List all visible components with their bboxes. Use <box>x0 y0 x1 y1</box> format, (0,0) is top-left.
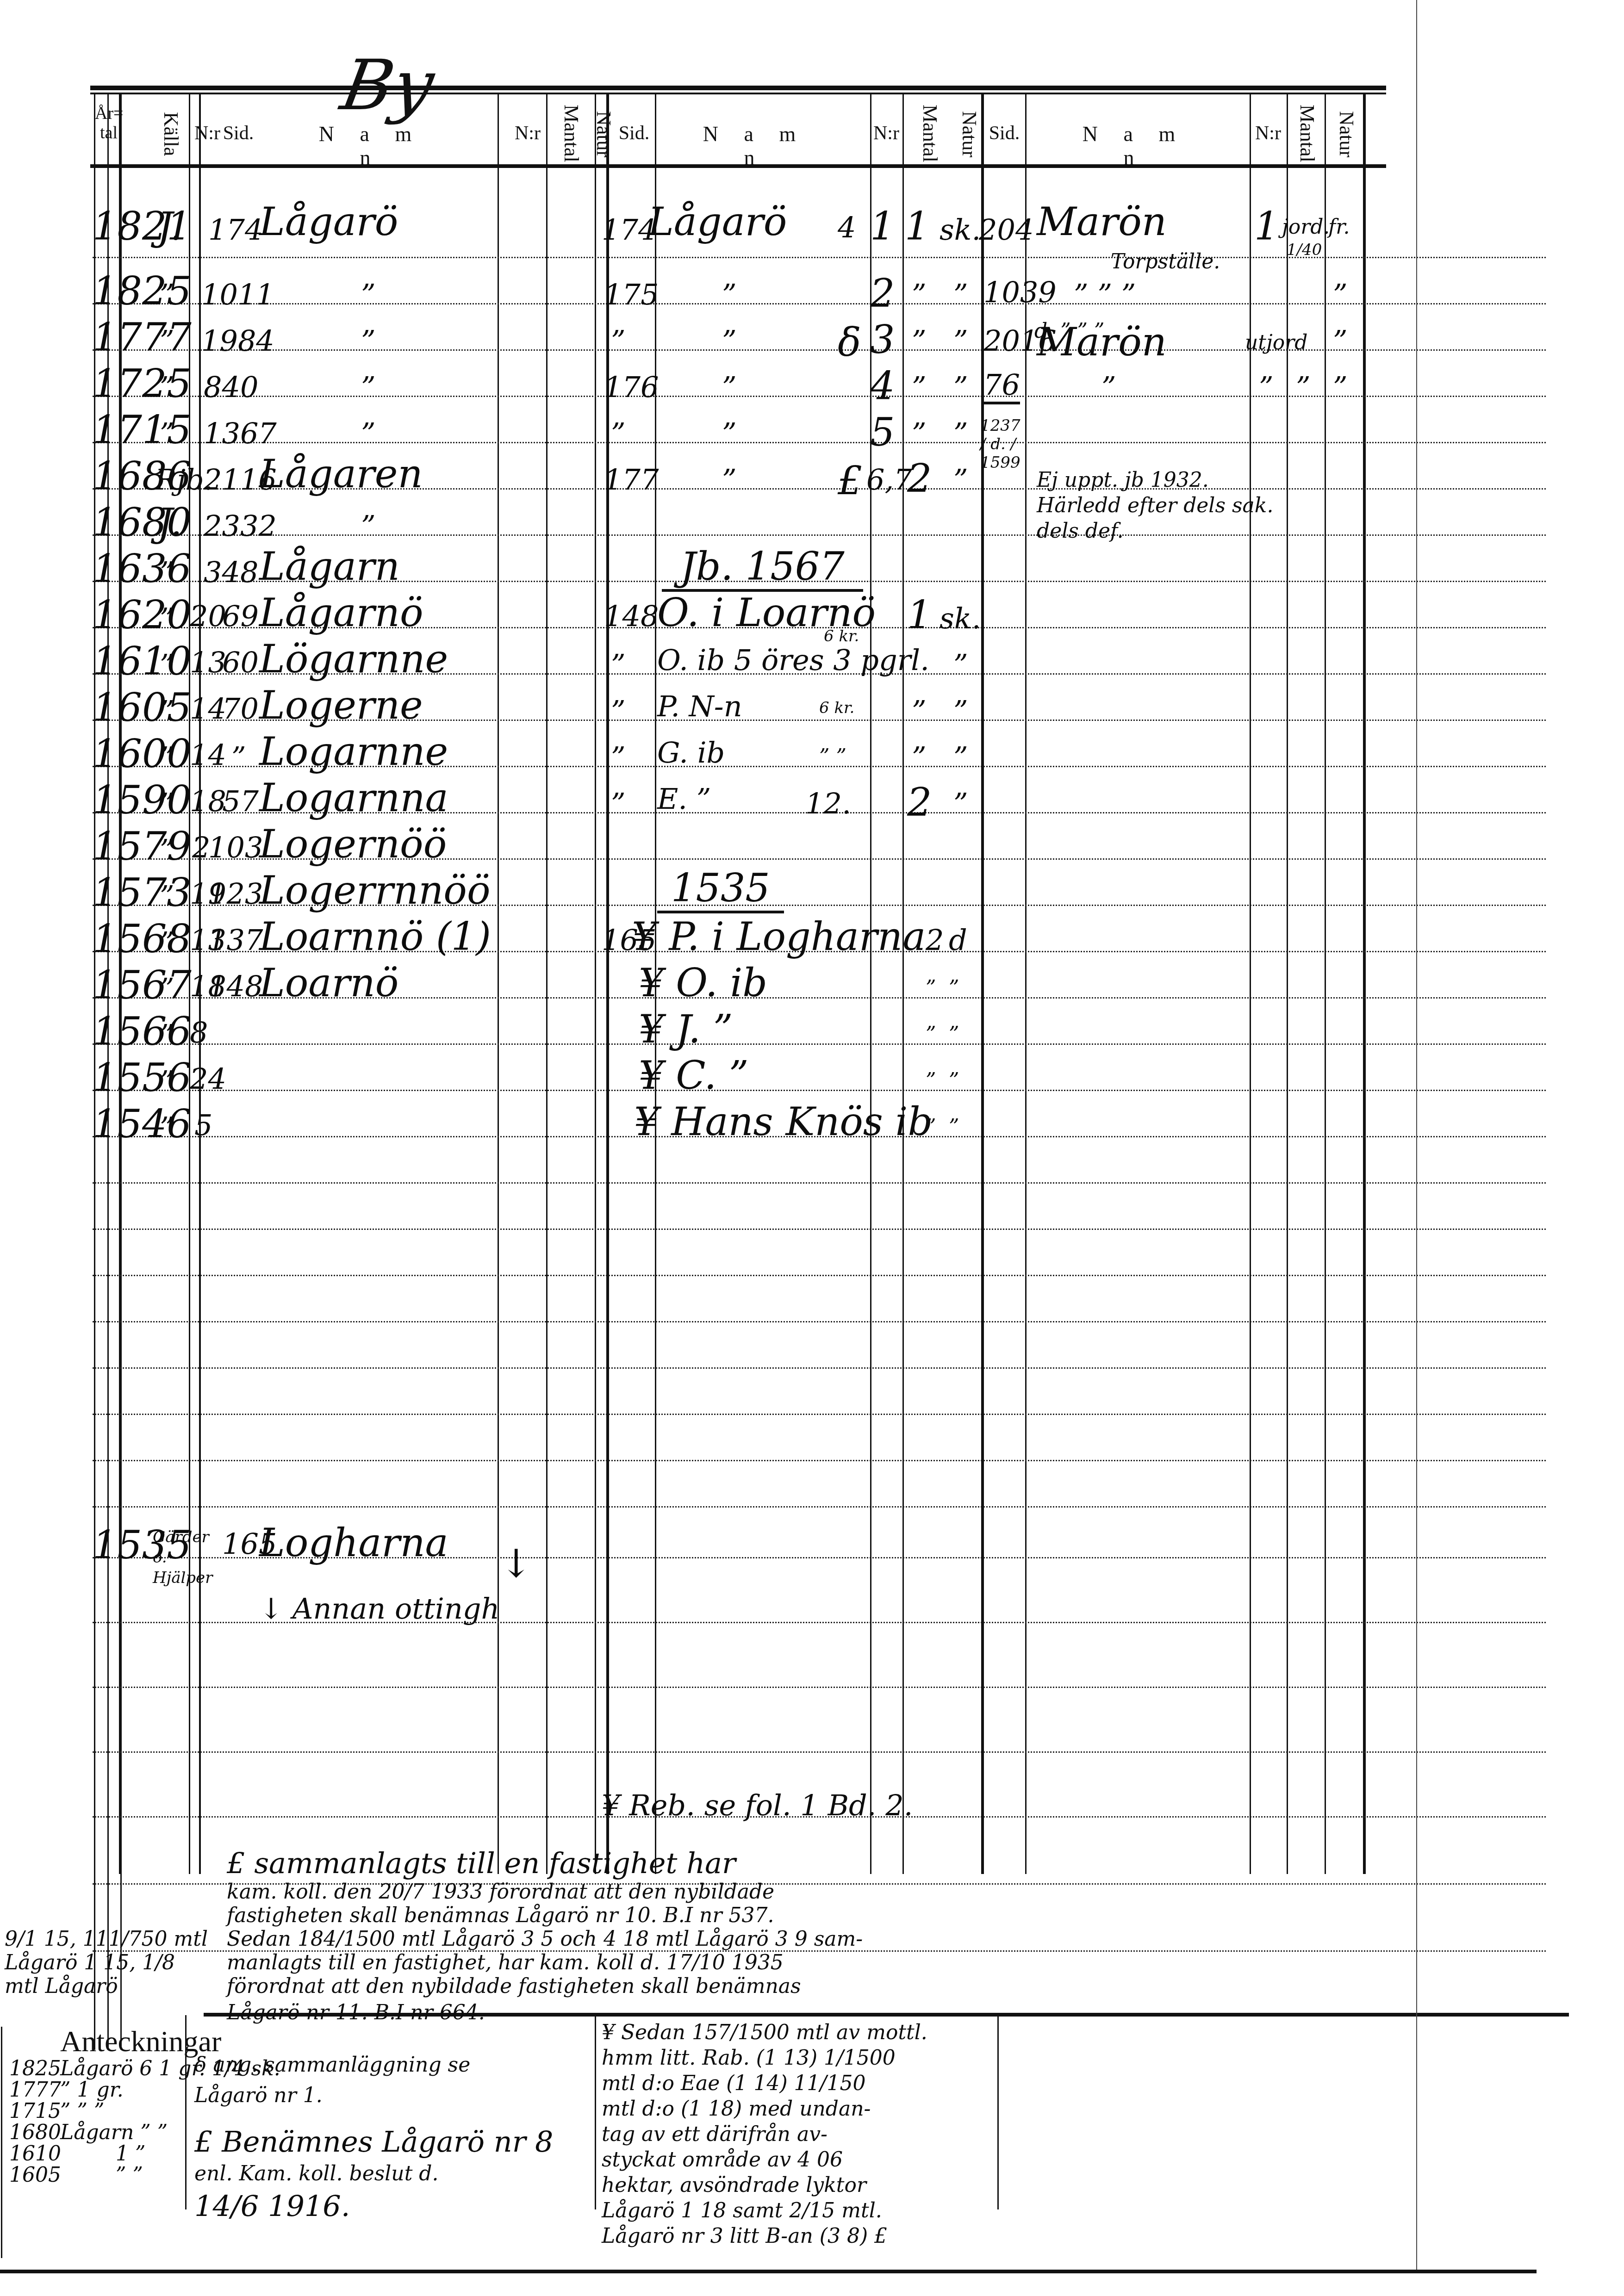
row-sid: 1984 <box>201 324 274 358</box>
row-sid2: ” <box>611 787 626 820</box>
row-line <box>93 442 1546 443</box>
header-natur-2: Natur <box>958 104 980 164</box>
row-name: ” <box>361 509 376 543</box>
row-mark2: ” ” <box>819 745 846 769</box>
row-source: ” <box>160 416 174 450</box>
notes-right-line: mtl d:o Eae (1 14) 11/150 <box>602 2071 1000 2096</box>
row-source: ” <box>160 370 174 404</box>
footnote-line: förordnat att den nybildade fastigheten … <box>227 1974 1014 1998</box>
row-line <box>93 1043 1546 1045</box>
col3-note: Ej uppt. jb 1932. Härledd efter dels sak… <box>1037 467 1277 544</box>
col3-sub-mantal: 1/40 <box>1287 241 1322 259</box>
row-mantal2: ” <box>926 976 936 1000</box>
row-name: ” <box>361 370 376 404</box>
col-divider <box>1363 93 1366 1874</box>
col-divider <box>1250 93 1251 1874</box>
notes-right-line: ¥ Sedan 157/1500 mtl av mottl. <box>602 2020 1000 2045</box>
col-divider <box>1025 93 1027 1874</box>
row-year: 1605 <box>93 685 192 730</box>
row-year: 1579 <box>93 824 192 869</box>
row-nr2: 3 <box>870 317 895 362</box>
header-mantal-3: Mantal <box>1296 101 1318 166</box>
row-name: Lågarn <box>259 544 400 589</box>
row-mantal2: ” <box>912 694 927 728</box>
row-mantal2: ” <box>926 1115 936 1139</box>
row-sid: 57 <box>222 784 259 818</box>
row-mantal2: ” <box>912 324 927 358</box>
row-mantal2: 2 <box>907 780 932 825</box>
row-mantal2: ” <box>912 370 927 404</box>
left-margin-note: 9/1 15, 111/750 mtl Lågarö 1 15, 1/8 mtl… <box>5 1927 227 1998</box>
col-divider <box>595 93 596 1874</box>
row-year: 1610 <box>93 639 192 684</box>
row-name2: ” <box>722 370 737 404</box>
row-name: Loarnnö (1) <box>259 914 491 959</box>
row-nr3: ” <box>1259 370 1274 404</box>
margin-line: 9/1 15, 111/750 mtl <box>5 1927 227 1951</box>
row-line <box>93 534 1546 536</box>
row-sid: ” <box>231 740 246 774</box>
notes-entry: 1777 ” 1 gr. <box>9 2078 185 2099</box>
row-name2: O. ib 5 öres 3 pgrl. <box>657 643 929 677</box>
row-mantal2: ” <box>912 278 927 311</box>
header-sid-1: Sid. <box>218 123 259 144</box>
row-natur2: ” <box>953 324 968 358</box>
notes-right-line: hmm litt. Rab. (1 13) 1/1500 <box>602 2045 1000 2071</box>
row-name2: ¥ Hans Knös ib <box>634 1099 933 1144</box>
col3-sub-note: Torpställe. <box>1111 250 1220 273</box>
row-natur3: fr. <box>1328 215 1350 239</box>
row-name2: ¥ P. i Logharna <box>632 914 926 959</box>
notes-entry-text: Lågarn ” ” <box>60 2121 168 2144</box>
row-source: ” <box>160 555 174 589</box>
row-nr: 18 <box>190 784 226 818</box>
col-divider <box>1325 93 1326 1874</box>
row-natur2: ” <box>953 416 968 450</box>
row-nr3: 1 <box>1254 204 1279 249</box>
col-divider <box>981 93 984 1874</box>
row-name3: ” <box>1101 370 1116 404</box>
notes-entry-year: 1605 <box>9 2163 61 2187</box>
notes-right-line: hektar, avsöndrade lyktor <box>602 2172 1000 2198</box>
row-name2: ” <box>722 278 737 311</box>
row-year: 1568 <box>93 916 192 962</box>
notes-entry: 1825 Lågarö 6 1 gr. 1/4 sk. <box>9 2057 185 2078</box>
notes-right-line: Lågarö 1 18 samt 2/15 mtl. <box>602 2198 1000 2223</box>
row-1535-arrow: ↓ <box>500 1541 532 1586</box>
row-name3: ” ” ” <box>1074 278 1136 311</box>
notes-entry-year: 1777 <box>9 2078 61 2102</box>
header-sid-3: Sid. <box>983 123 1025 144</box>
row-name: Lågaren <box>259 451 423 496</box>
row-nr2: 2 <box>870 271 895 316</box>
row-nr2: 5 <box>870 410 895 455</box>
notes-entry-text: ” ” ” <box>60 2099 104 2123</box>
row-year: 1600 <box>93 731 192 776</box>
row-year: 1725 <box>93 361 192 406</box>
page-left-edge <box>1 2027 2 2258</box>
row-mark2: 6 kr. <box>824 627 859 645</box>
page-right-edge <box>1416 0 1417 2270</box>
row-line <box>93 257 1546 258</box>
row-mantal2: ” <box>926 1069 936 1092</box>
header-year: År= tal <box>95 104 123 143</box>
row-name: Lögarnne <box>259 636 448 682</box>
row-sid: 70 <box>222 692 259 726</box>
row-source: ” <box>160 925 174 959</box>
row-nr2: 4 <box>870 363 895 409</box>
row-line <box>93 1229 1546 1230</box>
row-name2: ¥ C. ” <box>639 1053 749 1098</box>
row-name: Loarnö <box>259 960 398 1005</box>
row-name: ” <box>361 324 376 358</box>
header-nr-2: N:r <box>514 123 541 144</box>
row-mantal3: ” <box>1296 370 1311 404</box>
header-nr-1: N:r <box>193 123 221 144</box>
row-sid: 148 <box>208 969 263 1003</box>
row-line <box>93 1460 1546 1461</box>
row-source: ” <box>160 1111 174 1144</box>
row-sid3: 1039 <box>983 275 1057 309</box>
row-source: Gärder o. Hjälper <box>153 1527 222 1589</box>
row-natur2: ” <box>953 278 968 311</box>
row-nr: 24 <box>190 1062 226 1096</box>
row-source: ” <box>160 740 174 774</box>
header-mantal-2: Mantal <box>919 101 941 166</box>
header-namn-3: N a m n <box>1064 123 1203 169</box>
row-name2: ” <box>722 324 737 358</box>
footnote-line: kam. koll. den 20/7 1933 förordnat att d… <box>227 1880 1014 1904</box>
row-sid2: ” <box>611 740 626 774</box>
header-sid-2: Sid. <box>613 123 655 144</box>
row-nr: 14 <box>190 738 226 772</box>
col-divider <box>1287 93 1288 1874</box>
row-natur3: ” <box>1333 324 1348 358</box>
row-sid2: ” <box>611 648 626 682</box>
notes-middle-line: 14/6 1916. <box>194 2189 592 2223</box>
row-natur2: ” <box>953 787 968 820</box>
section-heading-1535: 1535 <box>657 865 784 913</box>
notes-middle-line: enl. Kam. koll. beslut d. <box>194 2159 592 2189</box>
row-name: Logerrnnöö <box>259 868 491 913</box>
row-mantal2: 1 <box>907 592 932 638</box>
row-name: Logarnne <box>259 729 448 774</box>
row-natur2: d <box>949 923 967 957</box>
row-name: ” <box>361 416 376 450</box>
row-line <box>93 1090 1546 1091</box>
row-source: J. <box>157 204 182 249</box>
row-name: Logarnna <box>259 775 448 820</box>
row-mantal2: ” <box>912 416 927 450</box>
header-nr-4: N:r <box>1252 123 1284 144</box>
row-line <box>93 396 1546 397</box>
notes-right-line: tag av ett därifrån av- <box>602 2122 1000 2147</box>
row-name: Logharna <box>259 1520 448 1565</box>
row-sid: 348 <box>204 555 258 589</box>
row-source: ” <box>160 787 174 820</box>
row-year: 1715 <box>93 407 192 453</box>
row-mantal2: 1 <box>905 204 929 249</box>
row-name2: ¥ J. ” <box>639 1006 733 1052</box>
row-name: Logernöö <box>259 821 447 867</box>
row-year: 1777 <box>93 315 192 360</box>
register-card: By År= tal Källa N:r Sid. N a m n N:r Ma… <box>0 0 1624 2296</box>
row-line <box>93 1687 1546 1688</box>
row-natur2: sk. <box>940 213 981 247</box>
page-bottom-rule <box>0 2270 1537 2273</box>
header-namn-2: N a m n <box>685 123 824 169</box>
row-sid: 840 <box>204 370 258 404</box>
row-nr: 20 <box>190 599 226 633</box>
row-sid2: 148 <box>604 599 659 633</box>
row-source: J. <box>157 500 182 545</box>
row-line <box>93 1751 1546 1753</box>
notes-right-line: styckat område av 4 06 <box>602 2147 1000 2172</box>
notes-entry: 1715 ” ” ” <box>9 2099 185 2121</box>
row-mark2: £ <box>838 458 862 503</box>
row-nr: 13 <box>190 645 226 679</box>
notes-divider-2 <box>595 2015 596 2209</box>
row-natur2: ” <box>949 1115 959 1139</box>
header-namn-1: N a m n <box>301 123 440 169</box>
row-sid: 1367 <box>204 416 277 450</box>
footnote-reb: ¥ Reb. se fol. 1 Bd. 2. <box>602 1788 913 1822</box>
margin-line: Lågarö 1 15, 1/8 <box>5 1951 227 1974</box>
footnote-line: £ sammanlagts till en fastighet har <box>227 1846 1014 1880</box>
row-sid: 69 <box>222 599 259 633</box>
row-line <box>93 1414 1546 1415</box>
row-name2: P. N-n <box>657 689 742 723</box>
row-mantal2: ” <box>926 1023 936 1046</box>
row-source: ” <box>160 879 174 913</box>
notes-middle: δ ang. sammanläggning se Lågarö nr 1. £ … <box>194 2050 592 2223</box>
header-natur-3: Natur <box>1335 104 1357 164</box>
notes-entry-year: 1610 <box>9 2142 61 2166</box>
header-nr-3: N:r <box>870 123 902 144</box>
row-nr2: 6,7 <box>866 463 912 496</box>
col-divider <box>902 93 904 1874</box>
notes-middle-line: δ ang. sammanläggning se <box>194 2050 592 2080</box>
notes-entry-year: 1715 <box>9 2099 61 2123</box>
header-source: Källa <box>160 109 182 160</box>
row-source: ” <box>160 324 174 358</box>
row-year: 1636 <box>93 546 192 591</box>
row-natur2: ” <box>953 694 968 728</box>
row-year: 1825 <box>93 268 192 314</box>
row-line <box>93 349 1546 351</box>
col-divider <box>606 93 609 1874</box>
footnote-line: Sedan 184/1500 mtl Lågarö 3 5 och 4 18 m… <box>227 1927 1014 1951</box>
row-line <box>93 303 1546 304</box>
row-natur3: ” <box>1333 370 1348 404</box>
row-name: ” <box>361 278 376 311</box>
row-year: 1566 <box>93 1009 192 1054</box>
row-sid: 1011 <box>201 278 274 311</box>
row-sid2: 176 <box>604 370 659 404</box>
row-year: 1573 <box>93 870 192 915</box>
notes-middle-line: £ Benämnes Lågarö nr 8 <box>194 2125 592 2159</box>
row-natur2: ” <box>949 976 959 1000</box>
notes-entry: 1610 1 ” <box>9 2142 185 2163</box>
row-sid3: 76 <box>983 368 1020 404</box>
row-mantal2: 2 <box>926 923 944 957</box>
section-heading-jb1567: Jb. 1567 <box>662 544 863 592</box>
row-nr: 8 <box>190 1016 208 1049</box>
row-name: Lågarnö <box>259 590 423 635</box>
row-name2: ” <box>722 416 737 450</box>
row-year: 1546 <box>93 1101 192 1147</box>
row-sid: 60 <box>222 645 259 679</box>
row-name: Lågarö <box>259 199 398 244</box>
notes-right: ¥ Sedan 157/1500 mtl av mottl. hmm litt.… <box>602 2020 1000 2249</box>
row-natur2: ” <box>949 1069 959 1092</box>
header-natur-1: Natur <box>592 104 615 164</box>
row-sid3: 204 <box>979 213 1033 247</box>
notes-entry-year: 1680 <box>9 2121 61 2144</box>
row-nr: 2 <box>192 831 210 864</box>
row-source: ” <box>160 648 174 682</box>
notes-entry: 1680 Lågarn ” ” <box>9 2121 185 2142</box>
notes-entry-text: 1 ” <box>116 2142 145 2166</box>
row-mark2: 6 kr. <box>819 699 854 717</box>
row-natur2: ” <box>953 370 968 404</box>
row-mark2: δ <box>838 319 861 365</box>
row-sid: 2332 <box>204 509 277 543</box>
notes-entry-text: ” 1 gr. <box>60 2078 124 2102</box>
row-nr: 14 <box>190 692 226 726</box>
header-top-rule <box>90 86 1386 90</box>
row-line <box>93 1275 1546 1276</box>
row-year: 1567 <box>93 962 192 1008</box>
notes-right-line: mtl d:o (1 18) med undan- <box>602 2096 1000 2122</box>
row-year: 1590 <box>93 777 192 823</box>
footnote-line: fastigheten skall benämnas Lågarö nr 10.… <box>227 1904 1014 1927</box>
row-line <box>93 1506 1546 1508</box>
row-name2: G. ib <box>657 736 725 769</box>
row-name2: E. ” <box>657 782 711 816</box>
row-sid2: ” <box>611 416 626 450</box>
row-natur2: ” <box>953 740 968 774</box>
row-mantal3: jord. <box>1282 215 1330 239</box>
row-source: ” <box>160 602 174 635</box>
footnote-line: manlagts till en fastighet, har kam. kol… <box>227 1951 1014 1974</box>
row-natur2: ” <box>953 648 968 682</box>
notes-left-list: 1825 Lågarö 6 1 gr. 1/4 sk. 1777 ” 1 gr.… <box>9 2057 185 2184</box>
row-sid2: ” <box>611 324 626 358</box>
row-mark2: 4 <box>838 211 856 244</box>
row-source: ” <box>160 694 174 728</box>
notes-entry-text: ” ” <box>116 2163 143 2187</box>
row-mantal2: 2 <box>907 456 932 501</box>
row-name2: ¥ O. ib <box>639 960 767 1005</box>
row-natur2: ” <box>949 1023 959 1046</box>
row-nr: 5 <box>194 1108 212 1142</box>
row-sid3: 1237 / d. / 1599 <box>980 416 1017 472</box>
row-natur3: ” <box>1333 278 1348 311</box>
row-mark2: 12. <box>805 787 851 820</box>
row-1535-sub: ↓ Annan ottingh <box>259 1592 499 1626</box>
notes-entry: 1605 ” ” <box>9 2163 185 2184</box>
row-sid: 137 <box>208 923 263 957</box>
row-line <box>93 1321 1546 1322</box>
notes-entry-year: 1825 <box>9 2057 61 2080</box>
col-divider <box>546 93 548 1874</box>
header-top-rule-thin <box>90 93 1386 94</box>
row-source: ” <box>160 1018 174 1052</box>
row-sid2: 175 <box>604 278 659 311</box>
row-mantal3: utjord <box>1245 331 1307 354</box>
row-source: ” <box>160 972 174 1005</box>
row-line <box>93 1367 1546 1369</box>
header-mantal-1: Mantal <box>560 101 582 166</box>
row-source: ” <box>160 1064 174 1098</box>
row-sid: 123 <box>208 877 263 911</box>
row-sid2: 177 <box>604 463 659 496</box>
row-name2: Lågarö <box>648 199 787 244</box>
notes-right-line: Lågarö nr 3 litt B-an (3 8) £ <box>602 2223 1000 2249</box>
row-source: ” <box>160 833 174 867</box>
notes-middle-line: Lågarö nr 1. <box>194 2080 592 2111</box>
row-nr2: 1 <box>870 204 895 249</box>
row-natur2: ” <box>953 463 968 496</box>
row-name3: Marön <box>1037 319 1167 365</box>
row-year: 1620 <box>93 592 192 638</box>
row-name3: Marön <box>1037 199 1167 244</box>
row-source: ” <box>160 278 174 311</box>
row-sid: 174 <box>208 213 263 247</box>
row-name: Logerne <box>259 683 423 728</box>
margin-line: mtl Lågarö <box>5 1974 227 1998</box>
row-sid2: ” <box>611 694 626 728</box>
row-natur2: sk. <box>940 602 981 635</box>
row-name2: ” <box>722 463 737 496</box>
row-sid: 103 <box>208 831 263 864</box>
row-mantal2: ” <box>912 740 927 774</box>
row-year: 1556 <box>93 1055 192 1100</box>
footnote-main: £ sammanlagts till en fastighet har kam.… <box>227 1846 1014 2024</box>
row-line <box>93 1182 1546 1184</box>
